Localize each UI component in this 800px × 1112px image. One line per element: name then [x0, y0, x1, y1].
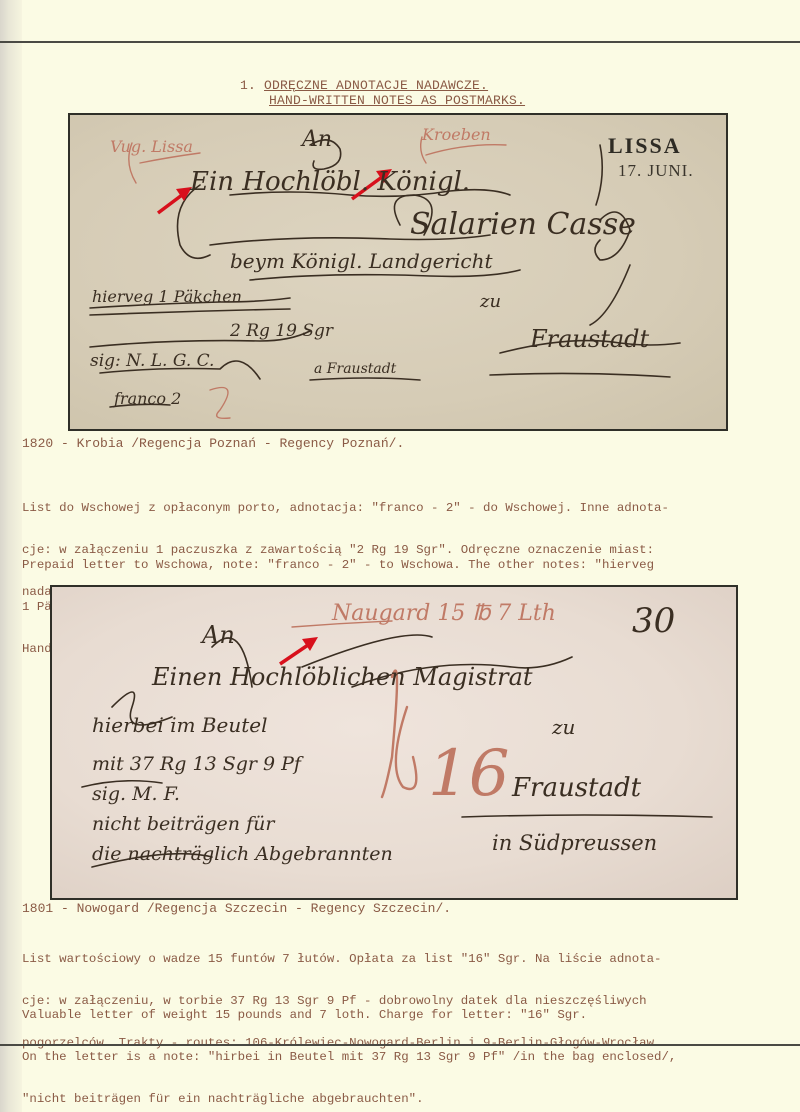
caption-line: List do Wschowej z opłaconym porto, adno… — [22, 501, 792, 515]
heading-title-en: HAND-WRITTEN NOTES AS POSTMARKS. — [240, 93, 525, 108]
letter-1-an: An — [302, 127, 332, 152]
postmark-date: 17. JUNI. — [618, 161, 694, 181]
letter-2-caption-title: 1801 - Nowogard /Regencja Szczecin - Reg… — [22, 902, 792, 916]
letter-2-an: An — [202, 621, 235, 649]
album-page-binding-edge — [0, 0, 22, 1112]
letter-1-note-amount: 2 Rg 19 Sgr — [230, 321, 333, 341]
letter-2-destination-region: in Südpreussen — [492, 831, 657, 855]
letter-1-line-3: beym Königl. Landgericht — [230, 249, 493, 273]
letter-2-note-sig: sig. M. F. — [92, 783, 180, 805]
letter-1-image: An Ein Hochlöbl. Königl. Salarien Casse … — [68, 113, 728, 431]
letter-2-charge: 16 — [428, 737, 509, 811]
letter-2-note-nicht: nicht beiträgen für — [92, 813, 274, 835]
letter-2-rate: 30 — [632, 601, 675, 641]
letter-1-red-note-leszno: Vug. Lissa — [110, 137, 193, 156]
letter-1-destination: Fraustadt — [530, 325, 649, 353]
letter-2-note-abgebrannten: die nachträglich Abgebrannten — [92, 843, 393, 865]
caption-line: Prepaid letter to Wschowa, note: "franco… — [22, 558, 792, 572]
caption-line: On the letter is a note: "hirbei in Beut… — [22, 1050, 792, 1064]
letter-2-caption-en: Valuable letter of weight 15 pounds and … — [22, 980, 792, 1112]
letter-1-note-franco: franco 2 — [114, 389, 181, 408]
heading-title-pl: ODRĘCZNE ADNOTACJE NADAWCZE. — [264, 78, 488, 93]
caption-line: List wartościowy o wadze 15 funtów 7 łut… — [22, 952, 792, 966]
letter-1-note-sig: sig: N. L. G. C. — [90, 351, 214, 371]
letter-1-line-2: Salarien Casse — [410, 207, 636, 242]
letter-2-line-1: Einen Hochlöblichen Magistrat — [152, 663, 533, 691]
letter-1-zu: zu — [480, 291, 501, 312]
postmark-town: LISSA — [608, 133, 682, 159]
letter-2-image: An Einen Hochlöblichen Magistrat hierbei… — [50, 585, 738, 900]
letter-2-destination: Fraustadt — [512, 773, 641, 803]
caption-line: "nicht beiträgen für ein nachträgliche a… — [22, 1092, 792, 1106]
letter-1-note-fraustadt: a Fraustadt — [314, 361, 396, 377]
letter-2-red-note-nowogard: Naugard 15 ℔ 7 Lth — [332, 601, 556, 626]
caption-line: Valuable letter of weight 15 pounds and … — [22, 1008, 792, 1022]
letter-1-note-hierveg: hierveg 1 Päkchen — [92, 287, 242, 306]
letter-1-line-1: Ein Hochlöbl. Königl. — [190, 167, 470, 197]
letter-1-caption-title: 1820 - Krobia /Regencja Poznań - Regency… — [22, 437, 792, 451]
top-rule — [0, 41, 800, 43]
section-number: 1. — [240, 78, 256, 93]
bottom-rule — [0, 1044, 800, 1046]
letter-2-note-amount: mit 37 Rg 13 Sgr 9 Pf — [92, 753, 301, 775]
letter-2-zu: zu — [552, 715, 575, 739]
letter-1-red-note-krobia: Kroeben — [422, 125, 491, 144]
letter-2-note-hierbei: hierbei im Beutel — [92, 713, 267, 737]
page-heading: 1.ODRĘCZNE ADNOTACJE NADAWCZE. HAND-WRIT… — [240, 78, 525, 108]
